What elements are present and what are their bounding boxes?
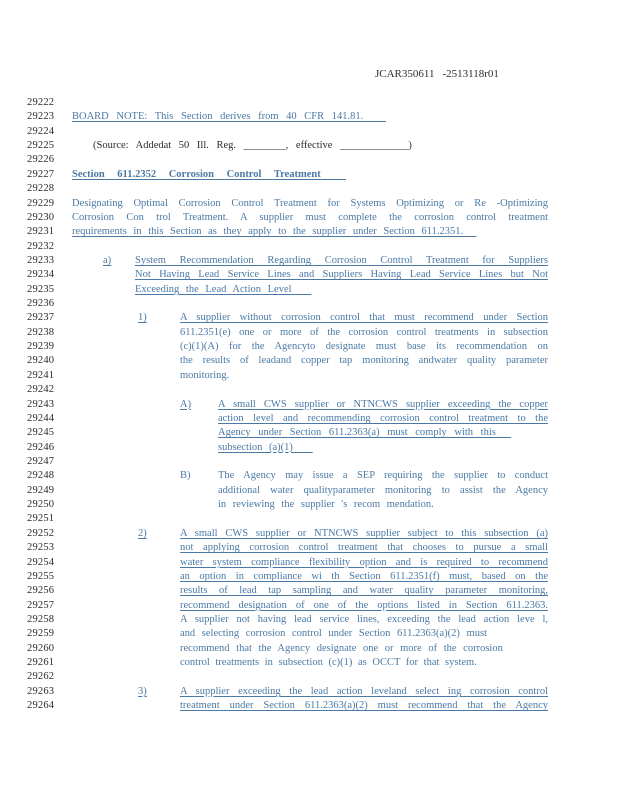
line-number: 29246 [27,442,54,453]
line-number: 29224 [27,126,54,137]
line-number: 29226 [27,154,54,165]
document-line: 29257recommend designation of one of the… [0,600,618,614]
line-text: additional water qualityparameter monito… [218,485,548,496]
document-line: 29228 [0,183,618,197]
document-line: 29226 [0,154,618,168]
line-number: 29223 [27,111,54,122]
document-line: 29246subsection (a)(1) [0,442,618,456]
document-line: 29248B)The Agency may issue a SEP requir… [0,470,618,484]
document-header: JCAR350611-2513118r01 [375,68,499,80]
document-line: 29232 [0,241,618,255]
document-line: 292633)A supplier exceeding the lead act… [0,686,618,700]
line-number: 29253 [27,542,54,553]
line-number: 29234 [27,269,54,280]
document-line: 29256results of lead tap sampling and wa… [0,585,618,599]
line-text: recommend that the Agency designate one … [180,643,548,654]
line-number: 29255 [27,571,54,582]
line-number: 29235 [27,284,54,295]
document-line: 29247 [0,456,618,470]
document-line: 29240the results of leadand copper tap m… [0,355,618,369]
line-text: A small CWS supplier or NTNCWS supplier … [218,399,548,410]
document-line: 29262 [0,671,618,685]
document-line: 29230Corrosion Con trol Treatment. A sup… [0,212,618,226]
line-text: A supplier not having lead service lines… [180,614,548,625]
line-number: 29261 [27,657,54,668]
line-number: 29230 [27,212,54,223]
line-text: not applying corrosion control treatment… [180,542,548,553]
line-text: recommend designation of one of the opti… [180,600,548,611]
line-number: 29232 [27,241,54,252]
line-number: 29239 [27,341,54,352]
line-number: 29250 [27,499,54,510]
line-number: 29222 [27,97,54,108]
document-line: 29259and selecting corrosion control und… [0,628,618,642]
line-text: and selecting corrosion control under Se… [180,628,548,639]
document-line: 29224 [0,126,618,140]
document-line: 29233a)System Recommendation Regarding C… [0,255,618,269]
line-text: (c)(1)(A) for the Agencyto designate mus… [180,341,548,352]
document-line: 29241monitoring. [0,370,618,384]
document-line: 29231requirements in this Section as the… [0,226,618,240]
line-text: 611.2351(e) one or more of the corrosion… [180,327,548,338]
revision-number: -2513118r01 [443,68,499,80]
line-number: 29259 [27,628,54,639]
line-number: 29256 [27,585,54,596]
line-text: BOARD NOTE: This Section derives from 40… [72,111,548,122]
document-line: 29239(c)(1)(A) for the Agencyto designat… [0,341,618,355]
document-line: 29264treatment under Section 611.2363(a)… [0,700,618,714]
line-number: 29247 [27,456,54,467]
line-text: subsection (a)(1) [218,442,548,453]
line-text: an option in compliance wi th Section 61… [180,571,548,582]
document-line: 29229Designating Optimal Corrosion Contr… [0,198,618,212]
line-text: the results of leadand copper tap monito… [180,355,548,366]
document-line: 29222 [0,97,618,111]
document-line: 29236 [0,298,618,312]
document-line: 29260recommend that the Agency designate… [0,643,618,657]
list-marker: 1) [138,312,147,323]
line-text: requirements in this Section as they app… [72,226,548,237]
list-marker: 2) [138,528,147,539]
document-lines: 2922229223BOARD NOTE: This Section deriv… [0,97,618,714]
line-number: 29243 [27,399,54,410]
line-number: 29231 [27,226,54,237]
document-line: 29258A supplier not having lead service … [0,614,618,628]
line-number: 29258 [27,614,54,625]
line-text: Designating Optimal Corrosion Control Tr… [72,198,548,209]
line-text: results of lead tap sampling and water q… [180,585,548,596]
line-text: Section 611.2352 Corrosion Control Treat… [72,169,548,180]
line-text: Corrosion Con trol Treatment. A supplier… [72,212,548,223]
document-line: 29225(Source: Addedat 50 Ill. Reg. _____… [0,140,618,154]
document-line: 29227Section 611.2352 Corrosion Control … [0,169,618,183]
list-marker: B) [180,470,191,481]
document-line: 29238611.2351(e) one or more of the corr… [0,327,618,341]
line-text: water system compliance flexibility opti… [180,557,548,568]
line-number: 29264 [27,700,54,711]
line-number: 29229 [27,198,54,209]
line-text: Not Having Lead Service Lines and Suppli… [135,269,548,280]
document-line: 29235Exceeding the Lead Action Level [0,284,618,298]
document-line: 29255an option in compliance wi th Secti… [0,571,618,585]
list-marker: 3) [138,686,147,697]
document-line: 292371)A supplier without corrosion cont… [0,312,618,326]
document-line: 29250in reviewing the supplier 's recom … [0,499,618,513]
document-line: 29242 [0,384,618,398]
line-number: 29251 [27,513,54,524]
line-text: A supplier without corrosion control tha… [180,312,548,323]
line-number: 29262 [27,671,54,682]
line-number: 29249 [27,485,54,496]
line-number: 29236 [27,298,54,309]
line-number: 29227 [27,169,54,180]
line-number: 29252 [27,528,54,539]
line-text: The Agency may issue a SEP requiring the… [218,470,548,481]
document-line: 29261control treatments in subsection (c… [0,657,618,671]
line-number: 29233 [27,255,54,266]
line-text: treatment under Section 611.2363(a)(2) m… [180,700,548,711]
line-number: 29263 [27,686,54,697]
document-line: 292522)A small CWS supplier or NTNCWS su… [0,528,618,542]
line-text: A supplier exceeding the lead action lev… [180,686,548,697]
document-line: 29244action level and recommending corro… [0,413,618,427]
line-number: 29257 [27,600,54,611]
document-line: 29243A)A small CWS supplier or NTNCWS su… [0,399,618,413]
line-number: 29240 [27,355,54,366]
list-marker: A) [180,399,191,410]
document-line: 29249additional water qualityparameter m… [0,485,618,499]
line-number: 29244 [27,413,54,424]
line-text: monitoring. [180,370,548,381]
line-number: 29237 [27,312,54,323]
document-page: JCAR350611-2513118r01 2922229223BOARD NO… [0,0,618,800]
line-number: 29228 [27,183,54,194]
line-text: (Source: Addedat 50 Ill. Reg. ________, … [93,140,548,151]
line-text: Agency under Section 611.2363(a) must co… [218,427,548,438]
line-number: 29248 [27,470,54,481]
line-text: in reviewing the supplier 's recom menda… [218,499,548,510]
line-text: System Recommendation Regarding Corrosio… [135,255,548,266]
document-line: 29253not applying corrosion control trea… [0,542,618,556]
line-text: A small CWS supplier or NTNCWS supplier … [180,528,548,539]
document-line: 29223BOARD NOTE: This Section derives fr… [0,111,618,125]
line-number: 29245 [27,427,54,438]
line-number: 29260 [27,643,54,654]
document-line: 29245Agency under Section 611.2363(a) mu… [0,427,618,441]
line-text: Exceeding the Lead Action Level [135,284,548,295]
line-number: 29238 [27,327,54,338]
document-line: 29254water system compliance flexibility… [0,557,618,571]
docket-number: JCAR350611 [375,68,435,80]
document-line: 29251 [0,513,618,527]
line-text: action level and recommending corrosion … [218,413,548,424]
line-number: 29254 [27,557,54,568]
line-number: 29225 [27,140,54,151]
document-line: 29234Not Having Lead Service Lines and S… [0,269,618,283]
line-text: control treatments in subsection (c)(1) … [180,657,548,668]
list-marker: a) [103,255,111,266]
line-number: 29242 [27,384,54,395]
line-number: 29241 [27,370,54,381]
